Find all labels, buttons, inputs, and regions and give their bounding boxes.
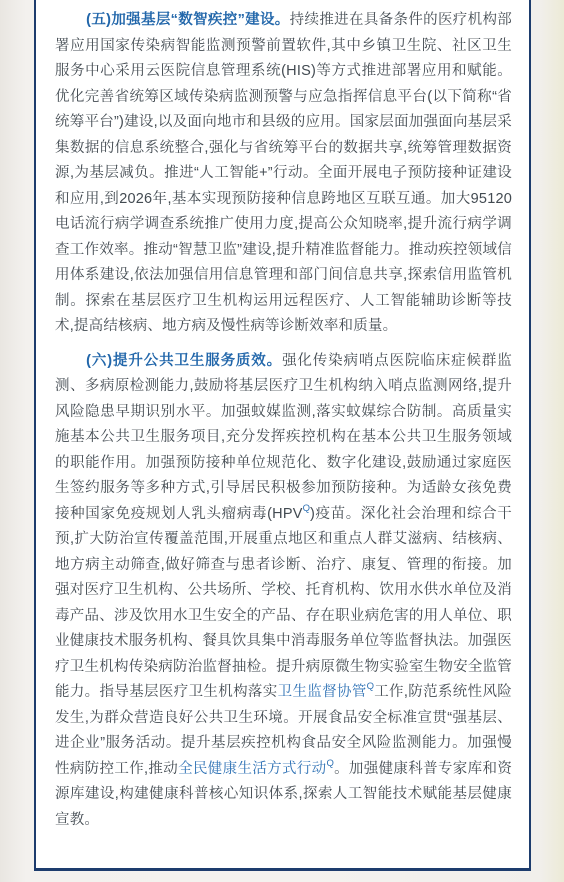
term-link-healthy-lifestyle-action[interactable]: 全民健康生活方式行动 <box>178 761 326 777</box>
policy-paragraph-6: (六)提升公共卫生服务质效。强化传染病哨点医院临床症候群监测、多病原检测能力,鼓… <box>55 349 512 834</box>
content-panel: (五)加强基层“数智疾控”建设。持续推进在具备条件的医疗机构部署应用国家传染病智… <box>34 0 531 871</box>
term-link-hygiene-supervision-assistance[interactable]: 卫生监督协管 <box>278 684 367 700</box>
paragraph-6-text-1: 强化传染病哨点医院临床症候群监测、多病原检测能力,鼓励将基层医疗卫生机构纳入哨点… <box>55 353 512 522</box>
glossary-q-icon-healthy-lifestyle[interactable]: Q <box>327 758 334 769</box>
paragraph-6-lead: (六)提升公共卫生服务质效。 <box>86 353 282 369</box>
glossary-q-icon-hpv[interactable]: Q <box>303 503 310 514</box>
glossary-q-icon-hygiene-supervision[interactable]: Q <box>367 681 374 692</box>
policy-paragraph-5: (五)加强基层“数智疾控”建设。持续推进在具备条件的医疗机构部署应用国家传染病智… <box>55 8 512 340</box>
paragraph-5-lead: (五)加强基层“数智疾控”建设。 <box>86 12 289 28</box>
page-background: (五)加强基层“数智疾控”建设。持续推进在具备条件的医疗机构部署应用国家传染病智… <box>0 0 564 882</box>
article-body: (五)加强基层“数智疾控”建设。持续推进在具备条件的医疗机构部署应用国家传染病智… <box>36 0 529 833</box>
paragraph-6-text-2: )疫苗。深化社会治理和综合干预,扩大防治宣传覆盖范围,开展重点地区和重点人群艾滋… <box>55 506 512 701</box>
paragraph-5-text: 持续推进在具备条件的医疗机构部署应用国家传染病智能监测预警前置软件,其中乡镇卫生… <box>55 12 512 334</box>
